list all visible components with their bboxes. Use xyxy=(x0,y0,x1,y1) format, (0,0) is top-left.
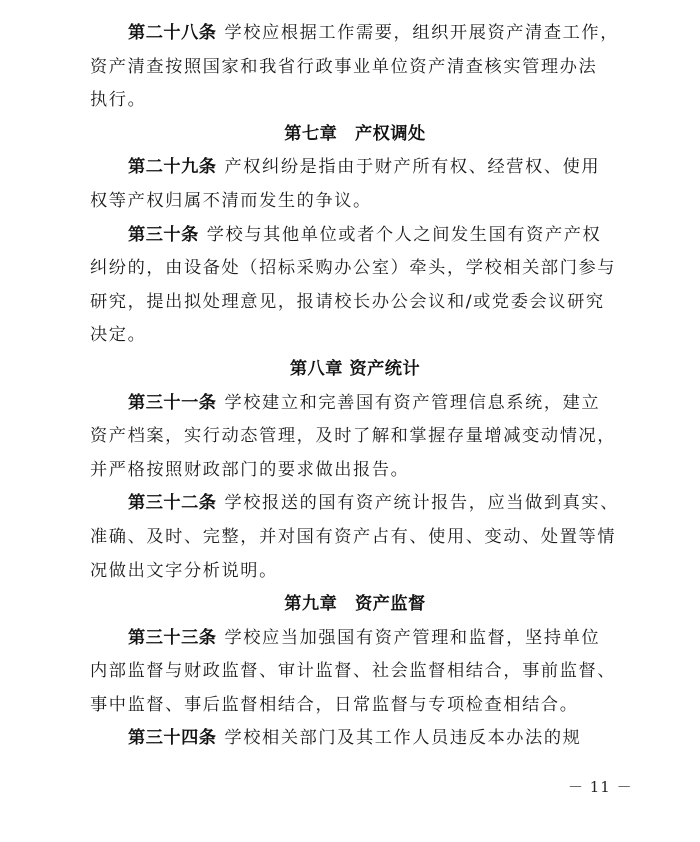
article-32-line-1: 第三十二条学校报送的国有资产统计报告，应当做到真实、 xyxy=(90,487,620,521)
article-32-line-2: 准确、及时、完整，并对国有资产占有、使用、变动、处置等情 xyxy=(90,521,620,555)
article-number: 第三十四条 xyxy=(128,728,216,748)
article-30-line-2: 纠纷的，由设备处（招标采购办公室）牵头，学校相关部门参与 xyxy=(90,252,620,286)
document-page: 第二十八条学校应根据工作需要，组织开展资产清查工作， 资产清查按照国家和我省行政… xyxy=(90,17,620,756)
article-number: 第二十九条 xyxy=(128,157,216,177)
chapter-9-heading: 第九章 资产监督 xyxy=(90,588,620,622)
article-33-line-1: 第三十三条学校应当加强国有资产管理和监督，坚持单位 xyxy=(90,622,620,656)
article-33-line-2: 内部监督与财政监督、审计监督、社会监督相结合，事前监督、 xyxy=(90,655,620,689)
article-28-line-2: 资产清查按照国家和我省行政事业单位资产清查核实管理办法 xyxy=(90,51,620,85)
article-30-line-1: 第三十条学校与其他单位或者个人之间发生国有资产产权 xyxy=(90,219,620,253)
article-31-line-2: 资产档案，实行动态管理，及时了解和掌握存量增减变动情况， xyxy=(90,420,620,454)
article-number: 第二十八条 xyxy=(128,23,216,43)
article-33-line-3: 事中监督、事后监督相结合，日常监督与专项检查相结合。 xyxy=(90,689,620,723)
article-number: 第三十三条 xyxy=(128,628,216,648)
article-number: 第三十二条 xyxy=(128,493,216,513)
article-30-line-4: 决定。 xyxy=(90,319,620,353)
article-number: 第三十条 xyxy=(128,225,199,245)
article-34-line-1: 第三十四条学校相关部门及其工作人员违反本办法的规 xyxy=(90,722,620,756)
chapter-8-heading: 第八章 资产统计 xyxy=(90,353,620,387)
article-29-line-2: 权等产权归属不清而发生的争议。 xyxy=(90,185,620,219)
chapter-7-heading: 第七章 产权调处 xyxy=(90,118,620,152)
article-30-line-3: 研究，提出拟处理意见，报请校长办公会议和/或党委会议研究 xyxy=(90,286,620,320)
article-28-line-3: 执行。 xyxy=(90,84,620,118)
article-28-line-1: 第二十八条学校应根据工作需要，组织开展资产清查工作， xyxy=(90,17,620,51)
article-32-line-3: 况做出文字分析说明。 xyxy=(90,555,620,589)
page-number: － 11 － xyxy=(568,776,633,797)
article-29-line-1: 第二十九条产权纠纷是指由于财产所有权、经营权、使用 xyxy=(90,151,620,185)
article-31-line-1: 第三十一条学校建立和完善国有资产管理信息系统，建立 xyxy=(90,387,620,421)
article-number: 第三十一条 xyxy=(128,393,216,413)
article-31-line-3: 并严格按照财政部门的要求做出报告。 xyxy=(90,454,620,488)
